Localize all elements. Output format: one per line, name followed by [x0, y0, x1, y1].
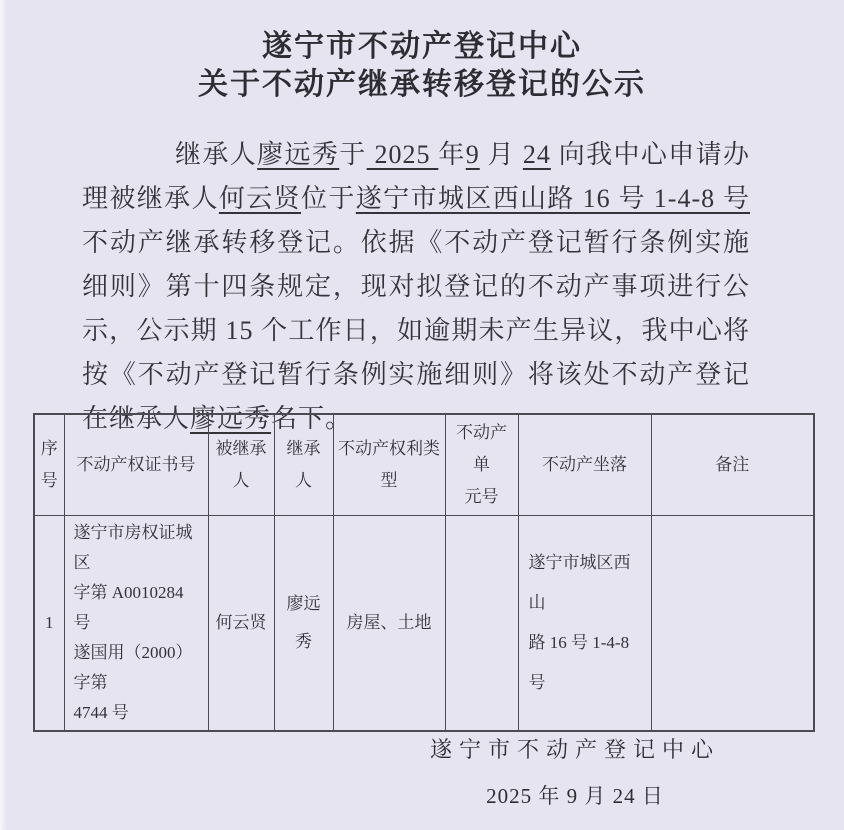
underlined-text-segment: 何云贤 [219, 184, 301, 213]
text-segment: 月 [480, 140, 523, 169]
cell-decedent: 何云贤 [208, 516, 274, 732]
notice-footer: 遂宁市不动产登记中心 2025 年 9 月 24 日 [340, 733, 810, 810]
notice-header: 遂宁市不动产登记中心 关于不动产继承转移登记的公示 [0, 28, 844, 104]
header-unit-no: 不动产单 元号 [445, 414, 518, 516]
text-segment: 于 [339, 140, 366, 169]
cell-remark [651, 516, 814, 732]
property-table-header: 序 号 不动产权证书号 被继承人 继承人 不动产权利类型 不动产单 元号 不动产… [34, 414, 814, 516]
underlined-text-segment: 9 [466, 140, 480, 169]
table-row: 1 遂宁市房权证城区 字第 A0010284 号 遂国用（2000）字第 474… [34, 516, 814, 732]
header-seq: 序 号 [34, 414, 64, 516]
header-right-type: 不动产权利类型 [333, 414, 445, 516]
text-segment: 不动产继承转移登记。依据《不动产登记暂行条例实施细则》第十四条规定，现对拟登记的… [82, 228, 750, 433]
cell-cert-no: 遂宁市房权证城区 字第 A0010284 号 遂国用（2000）字第 4744 … [64, 516, 208, 732]
notice-title: 遂宁市不动产登记中心 关于不动产继承转移登记的公示 [0, 28, 844, 104]
header-cert-no: 不动产权证书号 [64, 414, 208, 516]
underlined-text-segment: 遂宁市城区西山路 16 号 1-4-8 号 [356, 184, 750, 213]
footer-organization: 遂宁市不动产登记中心 [340, 733, 810, 764]
header-remark: 备注 [651, 414, 814, 516]
cell-heir: 廖远秀 [274, 516, 333, 732]
header-row: 序 号 不动产权证书号 被继承人 继承人 不动产权利类型 不动产单 元号 不动产… [34, 414, 814, 516]
property-table-body: 1 遂宁市房权证城区 字第 A0010284 号 遂国用（2000）字第 474… [34, 516, 814, 732]
underlined-text-segment: 24 [523, 140, 551, 169]
text-segment: 位于 [301, 184, 356, 213]
notice-title-line2: 关于不动产继承转移登记的公示 [0, 66, 844, 104]
property-table: 序 号 不动产权证书号 被继承人 继承人 不动产权利类型 不动产单 元号 不动产… [33, 413, 815, 732]
cell-right-type: 房屋、土地 [333, 516, 445, 732]
underlined-text-segment: 廖远秀 [257, 140, 339, 169]
cell-unit-no [445, 516, 518, 732]
property-table-container: 序 号 不动产权证书号 被继承人 继承人 不动产权利类型 不动产单 元号 不动产… [33, 413, 815, 732]
footer-date: 2025 年 9 月 24 日 [340, 780, 810, 810]
text-segment: 继承人 [175, 140, 257, 169]
header-decedent: 被继承人 [208, 414, 274, 516]
notice-body-paragraph: 继承人廖远秀于 2025 年9 月 24 向我中心申请办理被继承人何云贤位于遂宁… [82, 133, 750, 441]
cell-location: 遂宁市城区西山 路 16 号 1-4-8 号 [518, 516, 651, 732]
underlined-text-segment: 2025 [367, 140, 439, 169]
header-location: 不动产坐落 [518, 414, 651, 516]
notice-title-line1: 遂宁市不动产登记中心 [0, 28, 844, 66]
cell-seq: 1 [34, 516, 64, 732]
scan-edge-artifact [0, 0, 7, 830]
text-segment: 年 [438, 140, 465, 169]
header-heir: 继承人 [274, 414, 333, 516]
